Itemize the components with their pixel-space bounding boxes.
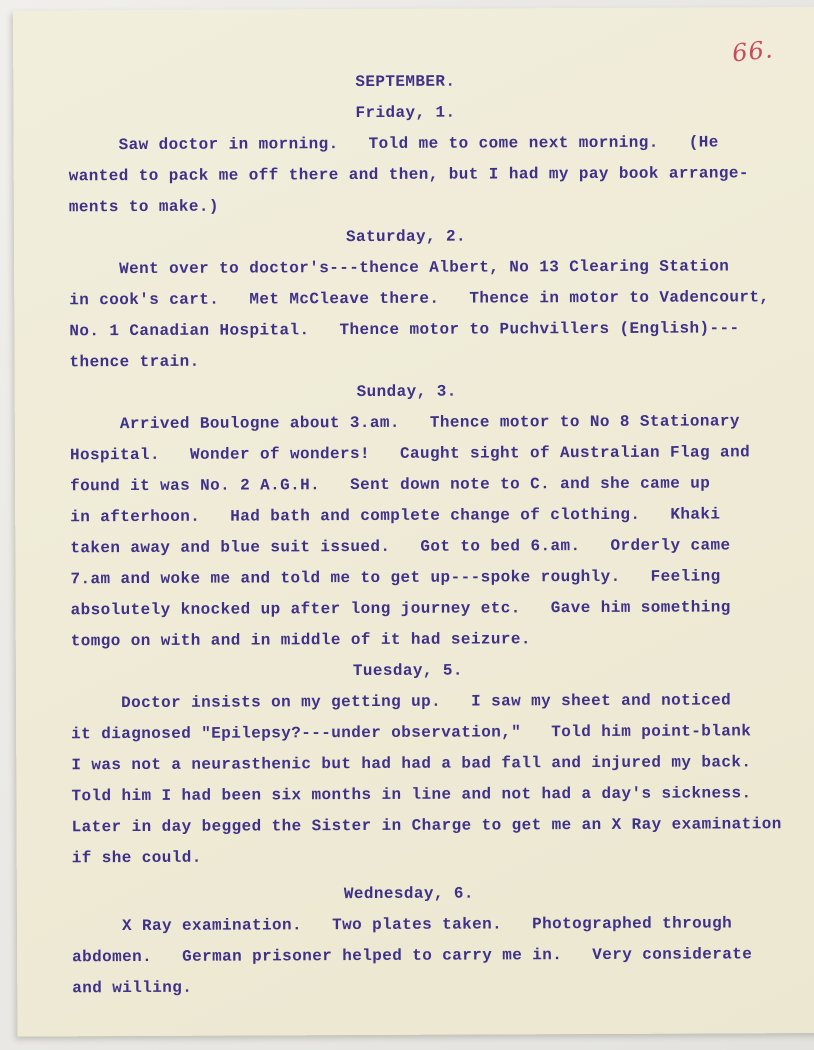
diary-entry-wednesday-6: Wednesday, 6. X Ray examination. Two pla… xyxy=(72,877,799,1004)
entry-text-line: in cook's cart. Met McCleave there. Then… xyxy=(69,282,795,316)
entry-text-line: wanted to pack me off there and then, bu… xyxy=(69,158,795,192)
entry-text-line: Told him I had been six months in line a… xyxy=(71,778,797,812)
document-page: 66. SEPTEMBER. Friday, 1. Saw doctor in … xyxy=(13,7,814,1037)
entry-text-line: thence train. xyxy=(69,344,795,378)
entry-text-line: No. 1 Canadian Hospital. Thence motor to… xyxy=(69,313,795,347)
entry-text-line: found it was No. 2 A.G.H. Sent down note… xyxy=(70,468,796,502)
entry-text-line: Doctor insists on my getting up. I saw m… xyxy=(71,685,797,719)
entry-text-line: Later in day begged the Sister in Charge… xyxy=(72,809,798,843)
diary-entry-sunday-3: Sunday, 3. Arrived Boulogne about 3.am. … xyxy=(70,375,797,657)
diary-entry-friday-1: Friday, 1. Saw doctor in morning. Told m… xyxy=(68,96,795,223)
entry-text-line: Hospital. Wonder of wonders! Caught sigh… xyxy=(70,437,796,471)
entry-text-line: and willing. xyxy=(72,970,798,1004)
typewritten-content: SEPTEMBER. Friday, 1. Saw doctor in morn… xyxy=(68,65,798,1004)
entry-text-line: it diagnosed "Epilepsy?---under observat… xyxy=(71,716,797,750)
entry-text-line: Went over to doctor's---thence Albert, N… xyxy=(69,251,795,285)
entry-date-heading: Sunday, 3. xyxy=(70,375,796,409)
entry-date-heading: Friday, 1. xyxy=(68,96,794,130)
scan-background: 66. SEPTEMBER. Friday, 1. Saw doctor in … xyxy=(0,0,814,1050)
entry-text-line: taken away and blue suit issued. Got to … xyxy=(70,530,796,564)
entry-text-line: if she could. xyxy=(72,840,798,874)
diary-entry-saturday-2: Saturday, 2. Went over to doctor's---the… xyxy=(69,220,796,378)
entry-date-heading: Wednesday, 6. xyxy=(72,877,798,911)
month-heading: SEPTEMBER. xyxy=(68,65,794,99)
diary-entry-tuesday-5: Tuesday, 5. Doctor insists on my getting… xyxy=(71,654,798,874)
entry-text-line: tomgo on with and in middle of it had se… xyxy=(71,623,797,657)
page-number-annotation: 66. xyxy=(731,35,775,67)
entry-date-heading: Tuesday, 5. xyxy=(71,654,797,688)
entry-text-line: Arrived Boulogne about 3.am. Thence moto… xyxy=(70,406,796,440)
entry-text-line: X Ray examination. Two plates taken. Pho… xyxy=(72,908,798,942)
entry-text-line: Saw doctor in morning. Told me to come n… xyxy=(69,127,795,161)
entry-text-line: in afterhoon. Had bath and complete chan… xyxy=(70,499,796,533)
entry-date-heading: Saturday, 2. xyxy=(69,220,795,254)
entry-text-line: 7.am and woke me and told me to get up--… xyxy=(70,561,796,595)
entry-text-line: ments to make.) xyxy=(69,189,795,223)
entry-text-line: abdomen. German prisoner helped to carry… xyxy=(72,939,798,973)
entry-text-line: I was not a neurasthenic but had had a b… xyxy=(71,747,797,781)
entry-text-line: absolutely knocked up after long journey… xyxy=(71,592,797,626)
